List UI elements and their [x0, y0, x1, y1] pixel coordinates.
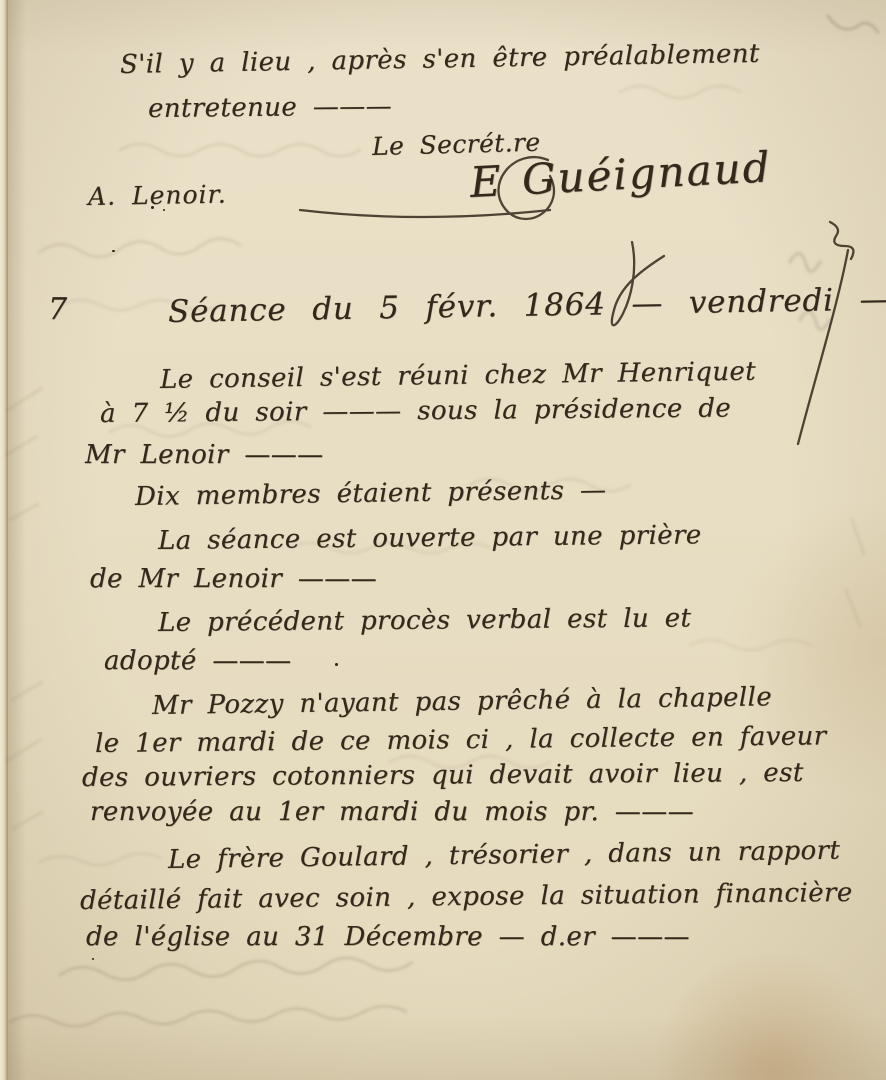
- ink-speck: [112, 250, 115, 252]
- page-binding-edge: [0, 0, 8, 1080]
- body-line-12: renvoyée au 1er mardi du mois pr. ———: [90, 797, 694, 827]
- body-line-6: de Mr Lenoir ———: [90, 564, 377, 594]
- body-line-5: La séance est ouverte par une prière: [158, 520, 702, 556]
- body-line-7: Le précédent procès verbal est lu et: [158, 603, 692, 638]
- body-line-2: à 7 ½ du soir ——— sous la présidence de: [100, 393, 731, 429]
- manuscript-page: S'il y a lieu , après s'en être préalabl…: [0, 0, 886, 1080]
- body-line-4: Dix membres étaient présents —: [135, 475, 607, 512]
- body-line-10: le 1er mardi de ce mois ci , la collecte…: [95, 721, 827, 759]
- closing-line-2: entretenue ———: [148, 91, 392, 124]
- body-line-9: Mr Pozzy n'ayant pas prêché à la chapell…: [152, 682, 772, 721]
- body-line-13: Le frère Goulard , trésorier , dans un r…: [168, 836, 841, 875]
- body-line-11: des ouvriers cotonniers qui devait avoir…: [82, 758, 804, 793]
- ink-speck: [335, 663, 338, 666]
- margin-number: 7: [48, 292, 68, 327]
- signature-lenoir: A. Lenoir.: [88, 180, 227, 211]
- body-line-14: détaillé fait avec soin , expose la situ…: [80, 878, 853, 916]
- body-line-8: adopté ———: [104, 646, 292, 676]
- body-line-3: Mr Lenoir ———: [85, 440, 324, 470]
- closing-line-1: S'il y a lieu , après s'en être préalabl…: [120, 39, 760, 80]
- ink-speck: [92, 958, 94, 960]
- session-heading: Séance du 5 févr. 1864 — vendredi ———: [168, 280, 886, 330]
- body-line-15: de l'église au 31 Décembre — d.er ———: [86, 922, 690, 952]
- body-line-1: Le conseil s'est réuni chez Mr Henriquet: [160, 357, 756, 395]
